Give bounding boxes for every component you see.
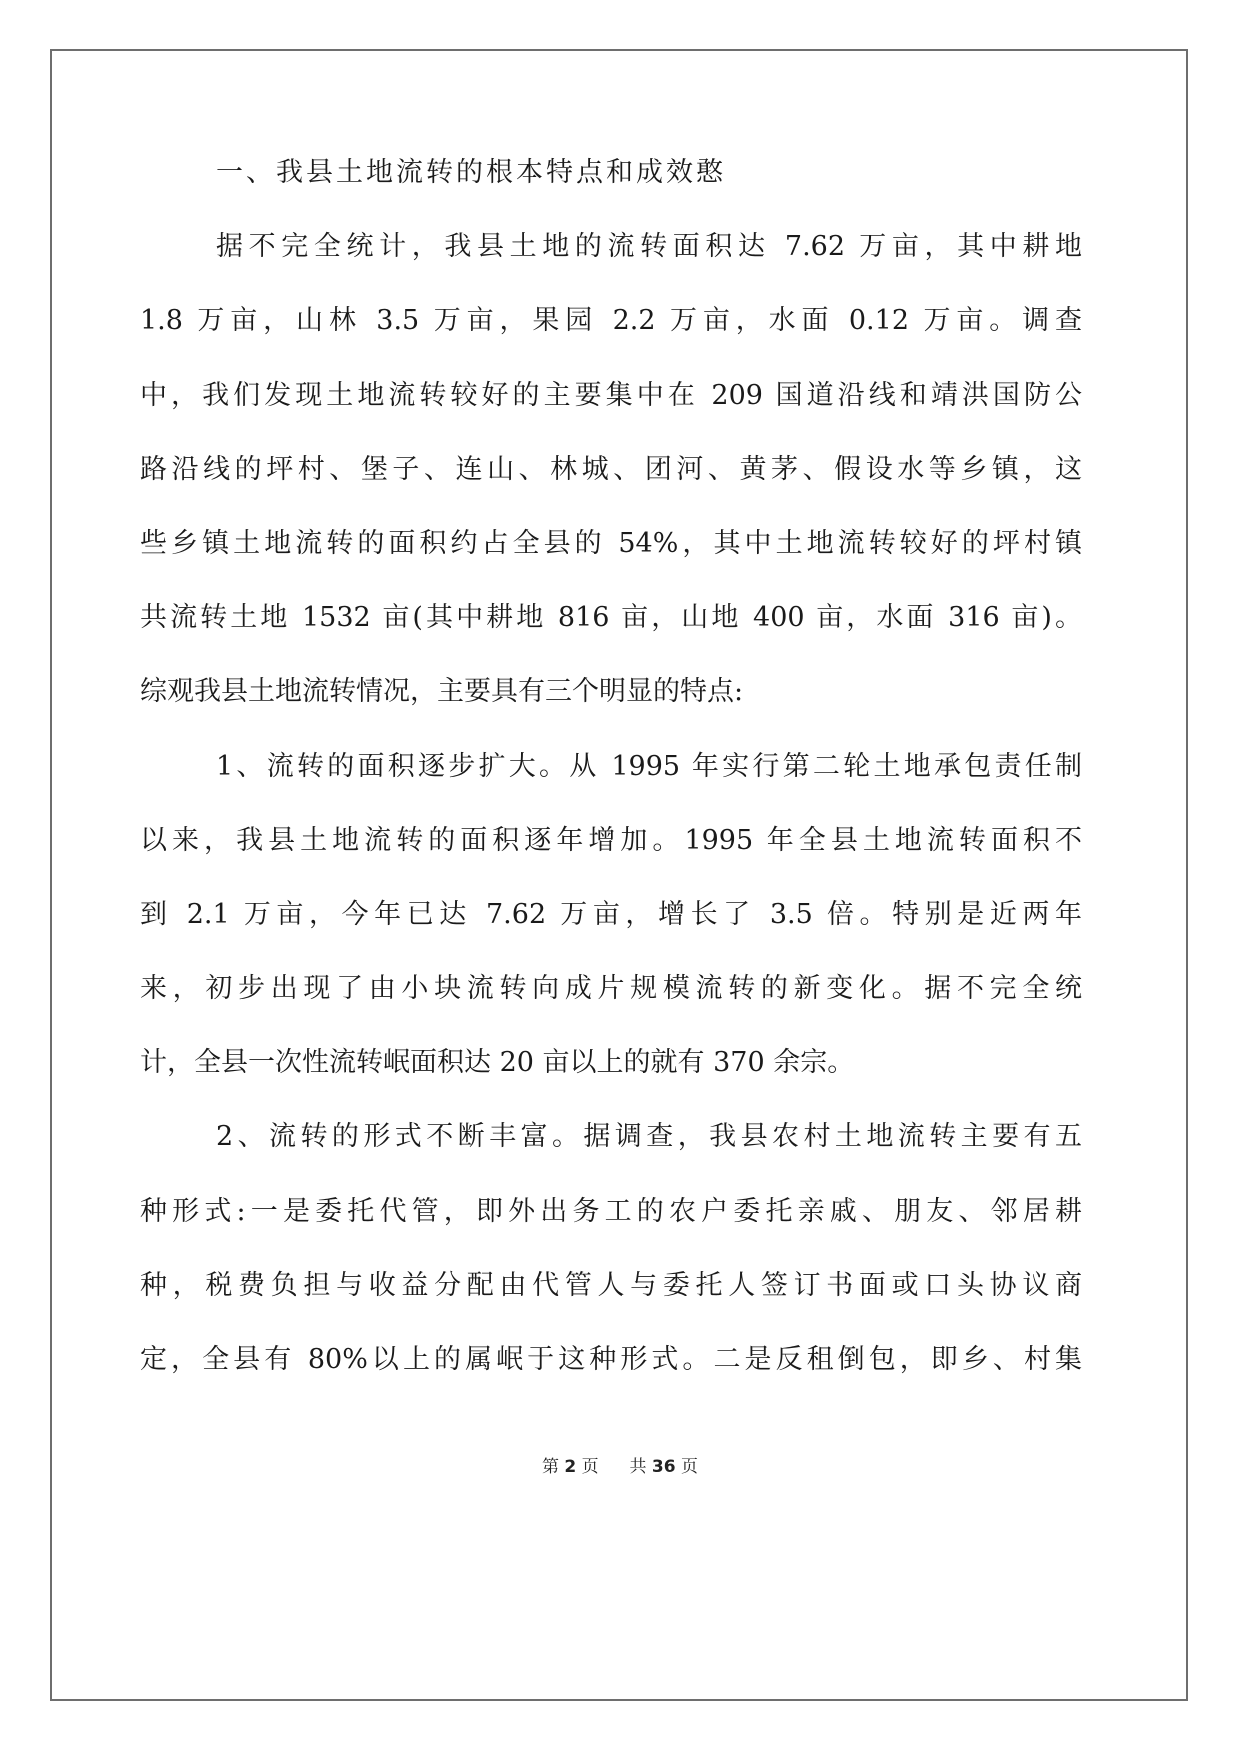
- page-footer: 第 2 页 共 36 页: [0, 1452, 1240, 1477]
- paragraph-line: 1.8 万亩，山林 3.5 万亩，果园 2.2 万亩，水面 0.12 万亩。调查: [140, 296, 1082, 370]
- page-prefix: 第: [542, 1457, 559, 1477]
- paragraph-line: 些乡镇土地流转的面积约占全县的 54%，其中土地流转较好的坪村镇: [140, 519, 1082, 593]
- paragraph-line: 2、流转的形式不断丰富。据调查，我县农村土地流转主要有五: [140, 1112, 1082, 1186]
- paragraph-line: 据不完全统计，我县土地的流转面积达 7.62 万亩，其中耕地: [140, 222, 1082, 296]
- paragraph-line: 以来，我县土地流转的面积逐年增加。1995 年全县土地流转面积不: [140, 816, 1082, 890]
- paragraph-line: 路沿线的坪村、堡子、连山、林城、团河、黄茅、假设水等乡镇，这: [140, 445, 1082, 519]
- paragraph-line: 计，全县一次性流转岷面积达 20 亩以上的就有 370 余宗。: [140, 1038, 1082, 1112]
- paragraph-line: 中，我们发现土地流转较好的主要集中在 209 国道沿线和靖洪国防公: [140, 371, 1082, 445]
- paragraph-line: 综观我县土地流转情况，主要具有三个明显的特点:: [140, 667, 1082, 741]
- paragraph-line: 共流转土地 1532 亩(其中耕地 816 亩，山地 400 亩，水面 316 …: [140, 593, 1082, 667]
- paragraph-line: 1、流转的面积逐步扩大。从 1995 年实行第二轮土地承包责任制: [140, 742, 1082, 816]
- total-suffix: 页: [681, 1457, 698, 1477]
- paragraph-line: 种形式:一是委托代管，即外出务工的农户委托亲戚、朋友、邻居耕: [140, 1187, 1082, 1261]
- section-heading: 一、我县土地流转的根本特点和成效憨: [140, 148, 1082, 222]
- paragraph-line: 定，全县有 80%以上的属岷于这种形式。二是反租倒包，即乡、村集: [140, 1335, 1082, 1409]
- document-body: 一、我县土地流转的根本特点和成效憨 据不完全统计，我县土地的流转面积达 7.62…: [140, 148, 1082, 1409]
- paragraph-line: 种，税费负担与收益分配由代管人与委托人签订书面或口头协议商: [140, 1261, 1082, 1335]
- total-prefix: 共: [629, 1457, 646, 1477]
- page-suffix: 页: [582, 1457, 599, 1477]
- paragraph-line: 来，初步出现了由小块流转向成片规模流转的新变化。据不完全统: [140, 964, 1082, 1038]
- total-pages: 36: [652, 1457, 676, 1477]
- paragraph-line: 到 2.1 万亩，今年已达 7.62 万亩，增长了 3.5 倍。特别是近两年: [140, 890, 1082, 964]
- page-number: 2: [564, 1457, 576, 1477]
